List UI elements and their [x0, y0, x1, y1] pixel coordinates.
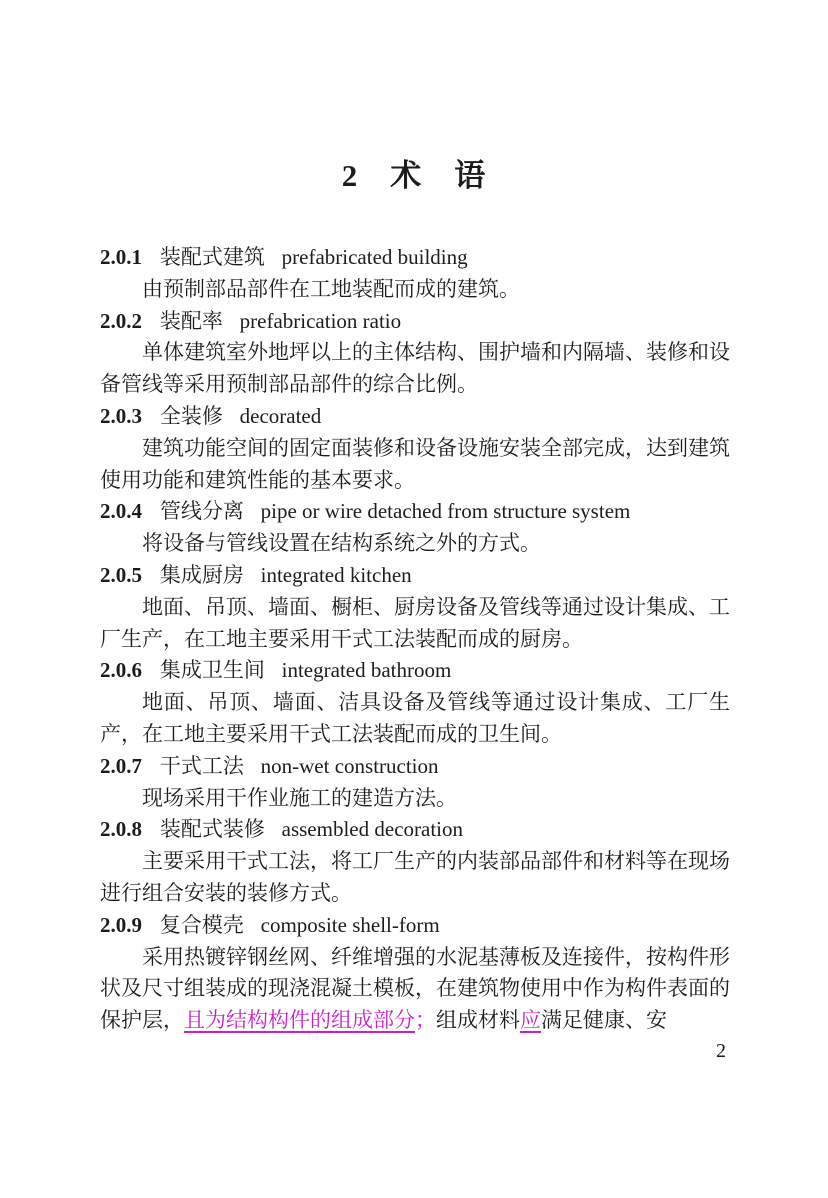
term-heading: 2.0.1装配式建筑prefabricated building	[100, 242, 730, 274]
term-name-en: pipe or wire detached from structure sys…	[261, 499, 631, 523]
term-heading: 2.0.8装配式装修assembled decoration	[100, 814, 730, 846]
term-definition: 采用热镀锌钢丝网、纤维增强的水泥基薄板及连接件，按构件形状及尺寸组装成的现浇混凝…	[100, 942, 730, 1037]
term-number: 2.0.9	[100, 913, 142, 937]
term-heading: 2.0.6集成卫生间integrated bathroom	[100, 655, 730, 687]
term-name-en: assembled decoration	[282, 817, 463, 841]
term-number: 2.0.1	[100, 245, 142, 269]
term-name-zh: 干式工法	[160, 754, 244, 778]
term-name-zh: 全装修	[160, 404, 223, 428]
definition-segment: 组成材料	[436, 1008, 520, 1032]
term-number: 2.0.2	[100, 309, 142, 333]
term-number: 2.0.5	[100, 563, 142, 587]
term-name-zh: 装配率	[160, 309, 223, 333]
term-name-zh: 装配式建筑	[160, 245, 265, 269]
term-definition: 主要采用干式工法，将工厂生产的内装部品部件和材料等在现场进行组合安装的装修方式。	[100, 846, 730, 910]
term-number: 2.0.6	[100, 658, 142, 682]
term-heading: 2.0.7干式工法non-wet construction	[100, 751, 730, 783]
definition-segment: 由预制部品部件在工地装配而成的建筑。	[142, 277, 520, 301]
term-entry: 2.0.1装配式建筑prefabricated building 由预制部品部件…	[100, 242, 730, 306]
terms-list: 2.0.1装配式建筑prefabricated building 由预制部品部件…	[100, 242, 730, 1037]
document-page: 2 术 语 2.0.1装配式建筑prefabricated building 由…	[0, 0, 828, 1198]
definition-segment: ；	[415, 1008, 436, 1032]
definition-segment: 将设备与管线设置在结构系统之外的方式。	[142, 531, 541, 555]
term-name-zh: 装配式装修	[160, 817, 265, 841]
term-number: 2.0.8	[100, 817, 142, 841]
definition-segment: 满足健康、安	[541, 1008, 667, 1032]
term-name-en: decorated	[240, 404, 322, 428]
term-name-zh: 复合模壳	[160, 913, 244, 937]
term-name-zh: 集成厨房	[160, 563, 244, 587]
term-entry: 2.0.5集成厨房integrated kitchen 地面、吊顶、墙面、橱柜、…	[100, 560, 730, 655]
term-entry: 2.0.4管线分离pipe or wire detached from stru…	[100, 496, 730, 560]
term-name-en: integrated kitchen	[261, 563, 412, 587]
term-definition: 将设备与管线设置在结构系统之外的方式。	[100, 528, 730, 560]
term-definition: 地面、吊顶、墙面、橱柜、厨房设备及管线等通过设计集成、工厂生产，在工地主要采用干…	[100, 592, 730, 656]
definition-segment: 现场采用干作业施工的建造方法。	[142, 786, 457, 810]
term-definition: 单体建筑室外地坪以上的主体结构、围护墙和内隔墙、装修和设备管线等采用预制部品部件…	[100, 337, 730, 401]
term-entry: 2.0.9复合模壳composite shell-form 采用热镀锌钢丝网、纤…	[100, 910, 730, 1037]
definition-segment: 建筑功能空间的固定面装修和设备设施安装全部完成，达到建筑使用功能和建筑性能的基本…	[100, 436, 730, 492]
term-name-zh: 集成卫生间	[160, 658, 265, 682]
term-entry: 2.0.3全装修decorated 建筑功能空间的固定面装修和设备设施安装全部完…	[100, 401, 730, 496]
term-heading: 2.0.9复合模壳composite shell-form	[100, 910, 730, 942]
term-number: 2.0.7	[100, 754, 142, 778]
term-heading: 2.0.3全装修decorated	[100, 401, 730, 433]
term-definition: 现场采用干作业施工的建造方法。	[100, 783, 730, 815]
term-entry: 2.0.7干式工法non-wet construction 现场采用干作业施工的…	[100, 751, 730, 815]
term-number: 2.0.4	[100, 499, 142, 523]
term-name-en: integrated bathroom	[282, 658, 452, 682]
page-number: 2	[716, 1040, 726, 1063]
term-name-en: composite shell-form	[261, 913, 440, 937]
definition-segment: 应	[520, 1008, 541, 1032]
term-name-en: prefabrication ratio	[240, 309, 402, 333]
term-entry: 2.0.2装配率prefabrication ratio 单体建筑室外地坪以上的…	[100, 306, 730, 401]
definition-segment: 主要采用干式工法，将工厂生产的内装部品部件和材料等在现场进行组合安装的装修方式。	[100, 849, 730, 905]
term-name-zh: 管线分离	[160, 499, 244, 523]
definition-segment: 单体建筑室外地坪以上的主体结构、围护墙和内隔墙、装修和设备管线等采用预制部品部件…	[100, 340, 730, 396]
term-heading: 2.0.2装配率prefabrication ratio	[100, 306, 730, 338]
term-definition: 由预制部品部件在工地装配而成的建筑。	[100, 274, 730, 306]
definition-segment: 地面、吊顶、墙面、洁具设备及管线等通过设计集成、工厂生产，在工地主要采用干式工法…	[100, 690, 730, 746]
term-name-en: non-wet construction	[261, 754, 439, 778]
term-definition: 建筑功能空间的固定面装修和设备设施安装全部完成，达到建筑使用功能和建筑性能的基本…	[100, 433, 730, 497]
term-heading: 2.0.4管线分离pipe or wire detached from stru…	[100, 496, 730, 528]
term-heading: 2.0.5集成厨房integrated kitchen	[100, 560, 730, 592]
term-name-en: prefabricated building	[282, 245, 468, 269]
term-entry: 2.0.6集成卫生间integrated bathroom 地面、吊顶、墙面、洁…	[100, 655, 730, 750]
definition-segment: 且为结构构件的组成部分	[184, 1008, 415, 1032]
chapter-title: 2 术 语	[0, 150, 828, 195]
term-entry: 2.0.8装配式装修assembled decoration 主要采用干式工法，…	[100, 814, 730, 909]
definition-segment: 地面、吊顶、墙面、橱柜、厨房设备及管线等通过设计集成、工厂生产，在工地主要采用干…	[100, 595, 730, 651]
term-definition: 地面、吊顶、墙面、洁具设备及管线等通过设计集成、工厂生产，在工地主要采用干式工法…	[100, 687, 730, 751]
term-number: 2.0.3	[100, 404, 142, 428]
